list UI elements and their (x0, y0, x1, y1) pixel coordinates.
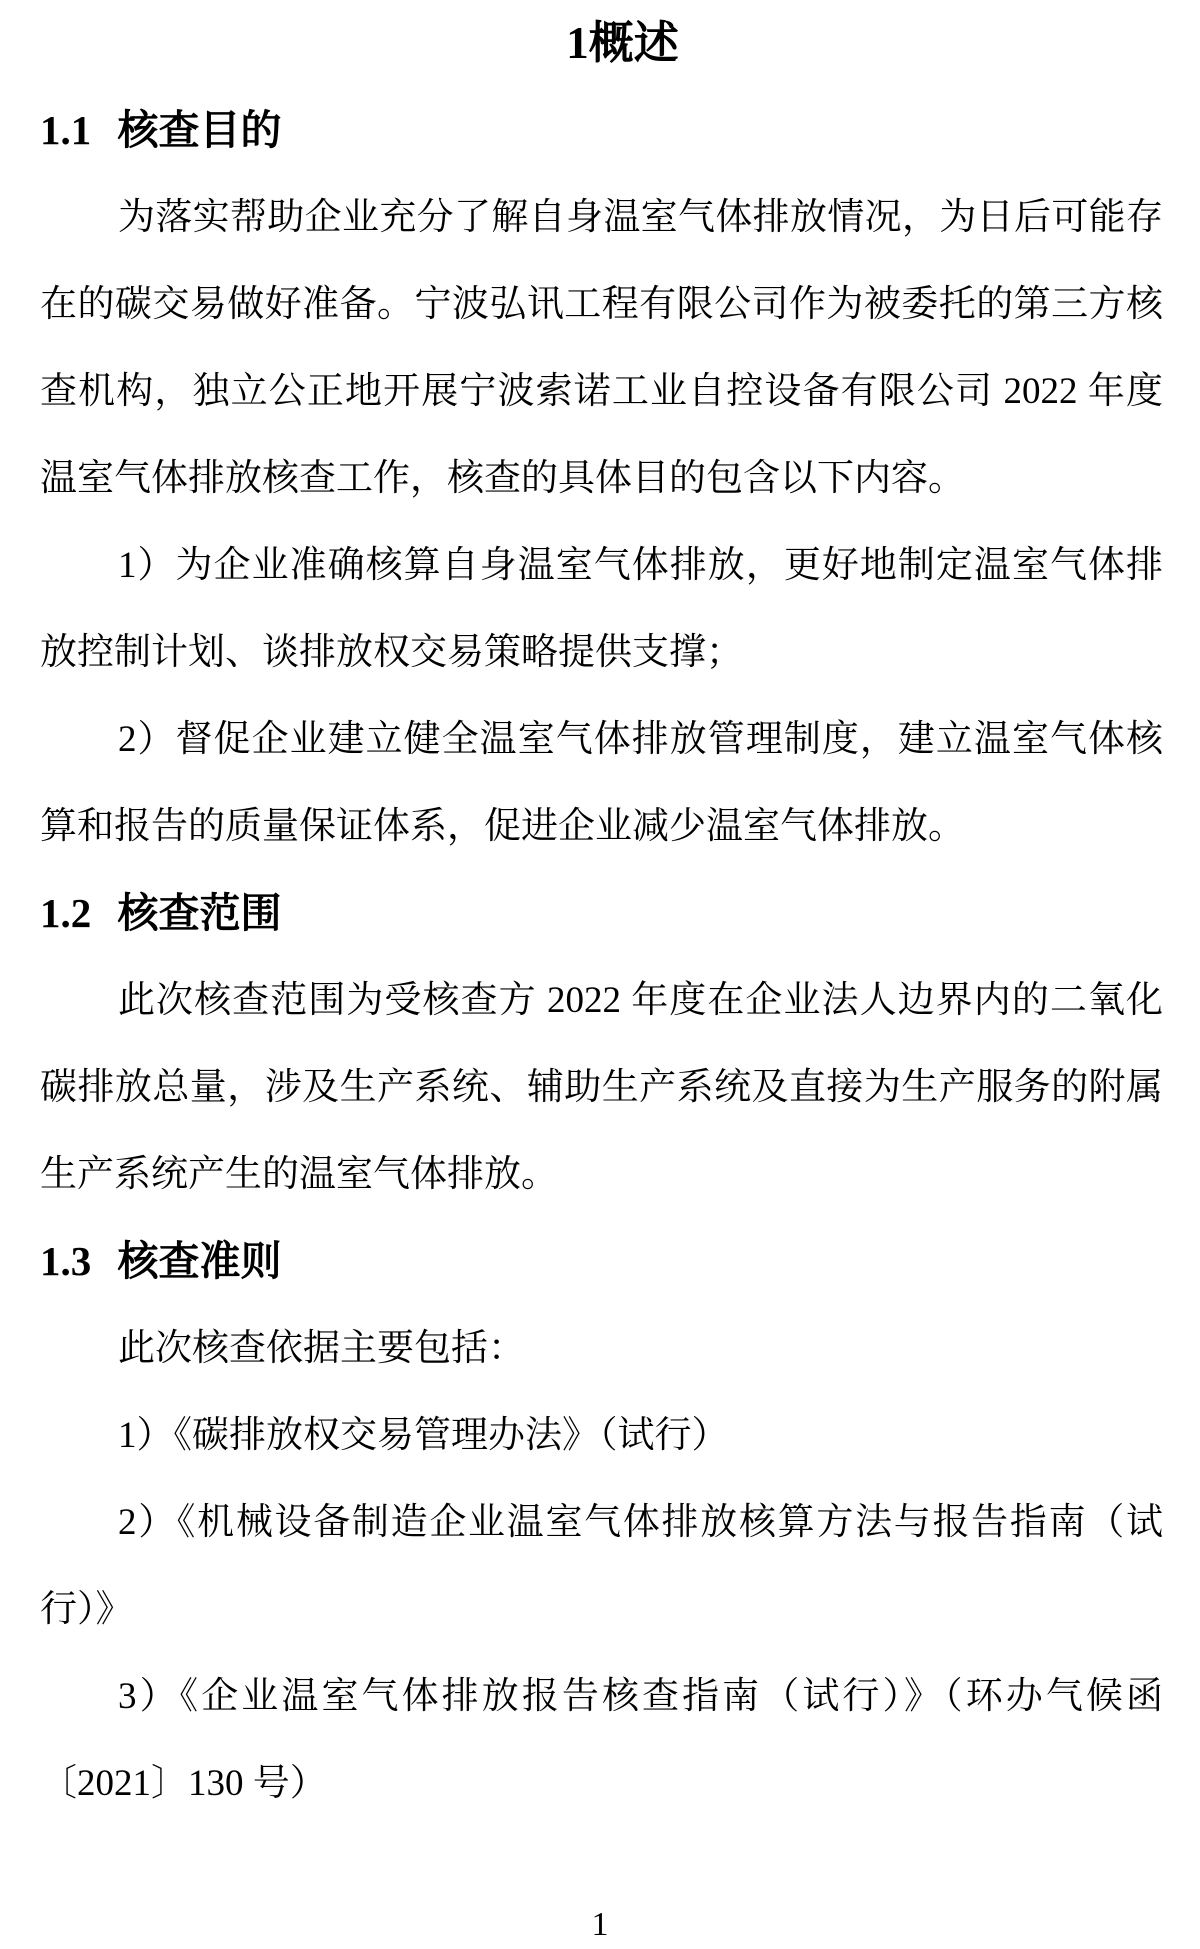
text-line: 温室气体排放核查工作，核查的具体目的包含以下内容。 (40, 435, 1163, 522)
text-line: 行）》 (40, 1566, 1163, 1653)
document-content: 1概述 1.1 核查目的 为落实帮助企业充分了解自身温室气体排放情况，为日后可能… (0, 0, 1200, 1827)
text-line: 〔2021〕130 号） (40, 1740, 1163, 1827)
text-line: 碳排放总量，涉及生产系统、辅助生产系统及直接为生产服务的附属 (40, 1044, 1163, 1131)
text-line: 2）《机械设备制造企业温室气体排放核算方法与报告指南（试 (40, 1479, 1163, 1566)
page-title: 1概述 (40, 0, 1163, 87)
section-heading-1-1: 1.1 核查目的 (40, 87, 1163, 174)
text-line: 查机构，独立公正地开展宁波索诺工业自控设备有限公司 2022 年度 (40, 348, 1163, 435)
text-line: 为落实帮助企业充分了解自身温室气体排放情况，为日后可能存 (40, 174, 1163, 261)
section-heading-1-2: 1.2 核查范围 (40, 870, 1163, 957)
text-line: 在的碳交易做好准备。宁波弘讯工程有限公司作为被委托的第三方核 (40, 261, 1163, 348)
text-line: 此次核查依据主要包括： (40, 1305, 1163, 1392)
document-page: 1概述 1.1 核查目的 为落实帮助企业充分了解自身温室气体排放情况，为日后可能… (0, 0, 1200, 1949)
text-line: 算和报告的质量保证体系，促进企业减少温室气体排放。 (40, 783, 1163, 870)
text-line: 放控制计划、谈排放权交易策略提供支撑； (40, 609, 1163, 696)
text-line: 1）为企业准确核算自身温室气体排放，更好地制定温室气体排 (40, 522, 1163, 609)
page-number: 1 (0, 1906, 1200, 1944)
text-line: 1）《碳排放权交易管理办法》（试行） (40, 1392, 1163, 1479)
text-line: 2）督促企业建立健全温室气体排放管理制度，建立温室气体核 (40, 696, 1163, 783)
section-heading-1-3: 1.3 核查准则 (40, 1218, 1163, 1305)
text-line: 生产系统产生的温室气体排放。 (40, 1131, 1163, 1218)
text-line: 此次核查范围为受核查方 2022 年度在企业法人边界内的二氧化 (40, 957, 1163, 1044)
text-line: 3）《企业温室气体排放报告核查指南（试行）》（环办气候函 (40, 1653, 1163, 1740)
